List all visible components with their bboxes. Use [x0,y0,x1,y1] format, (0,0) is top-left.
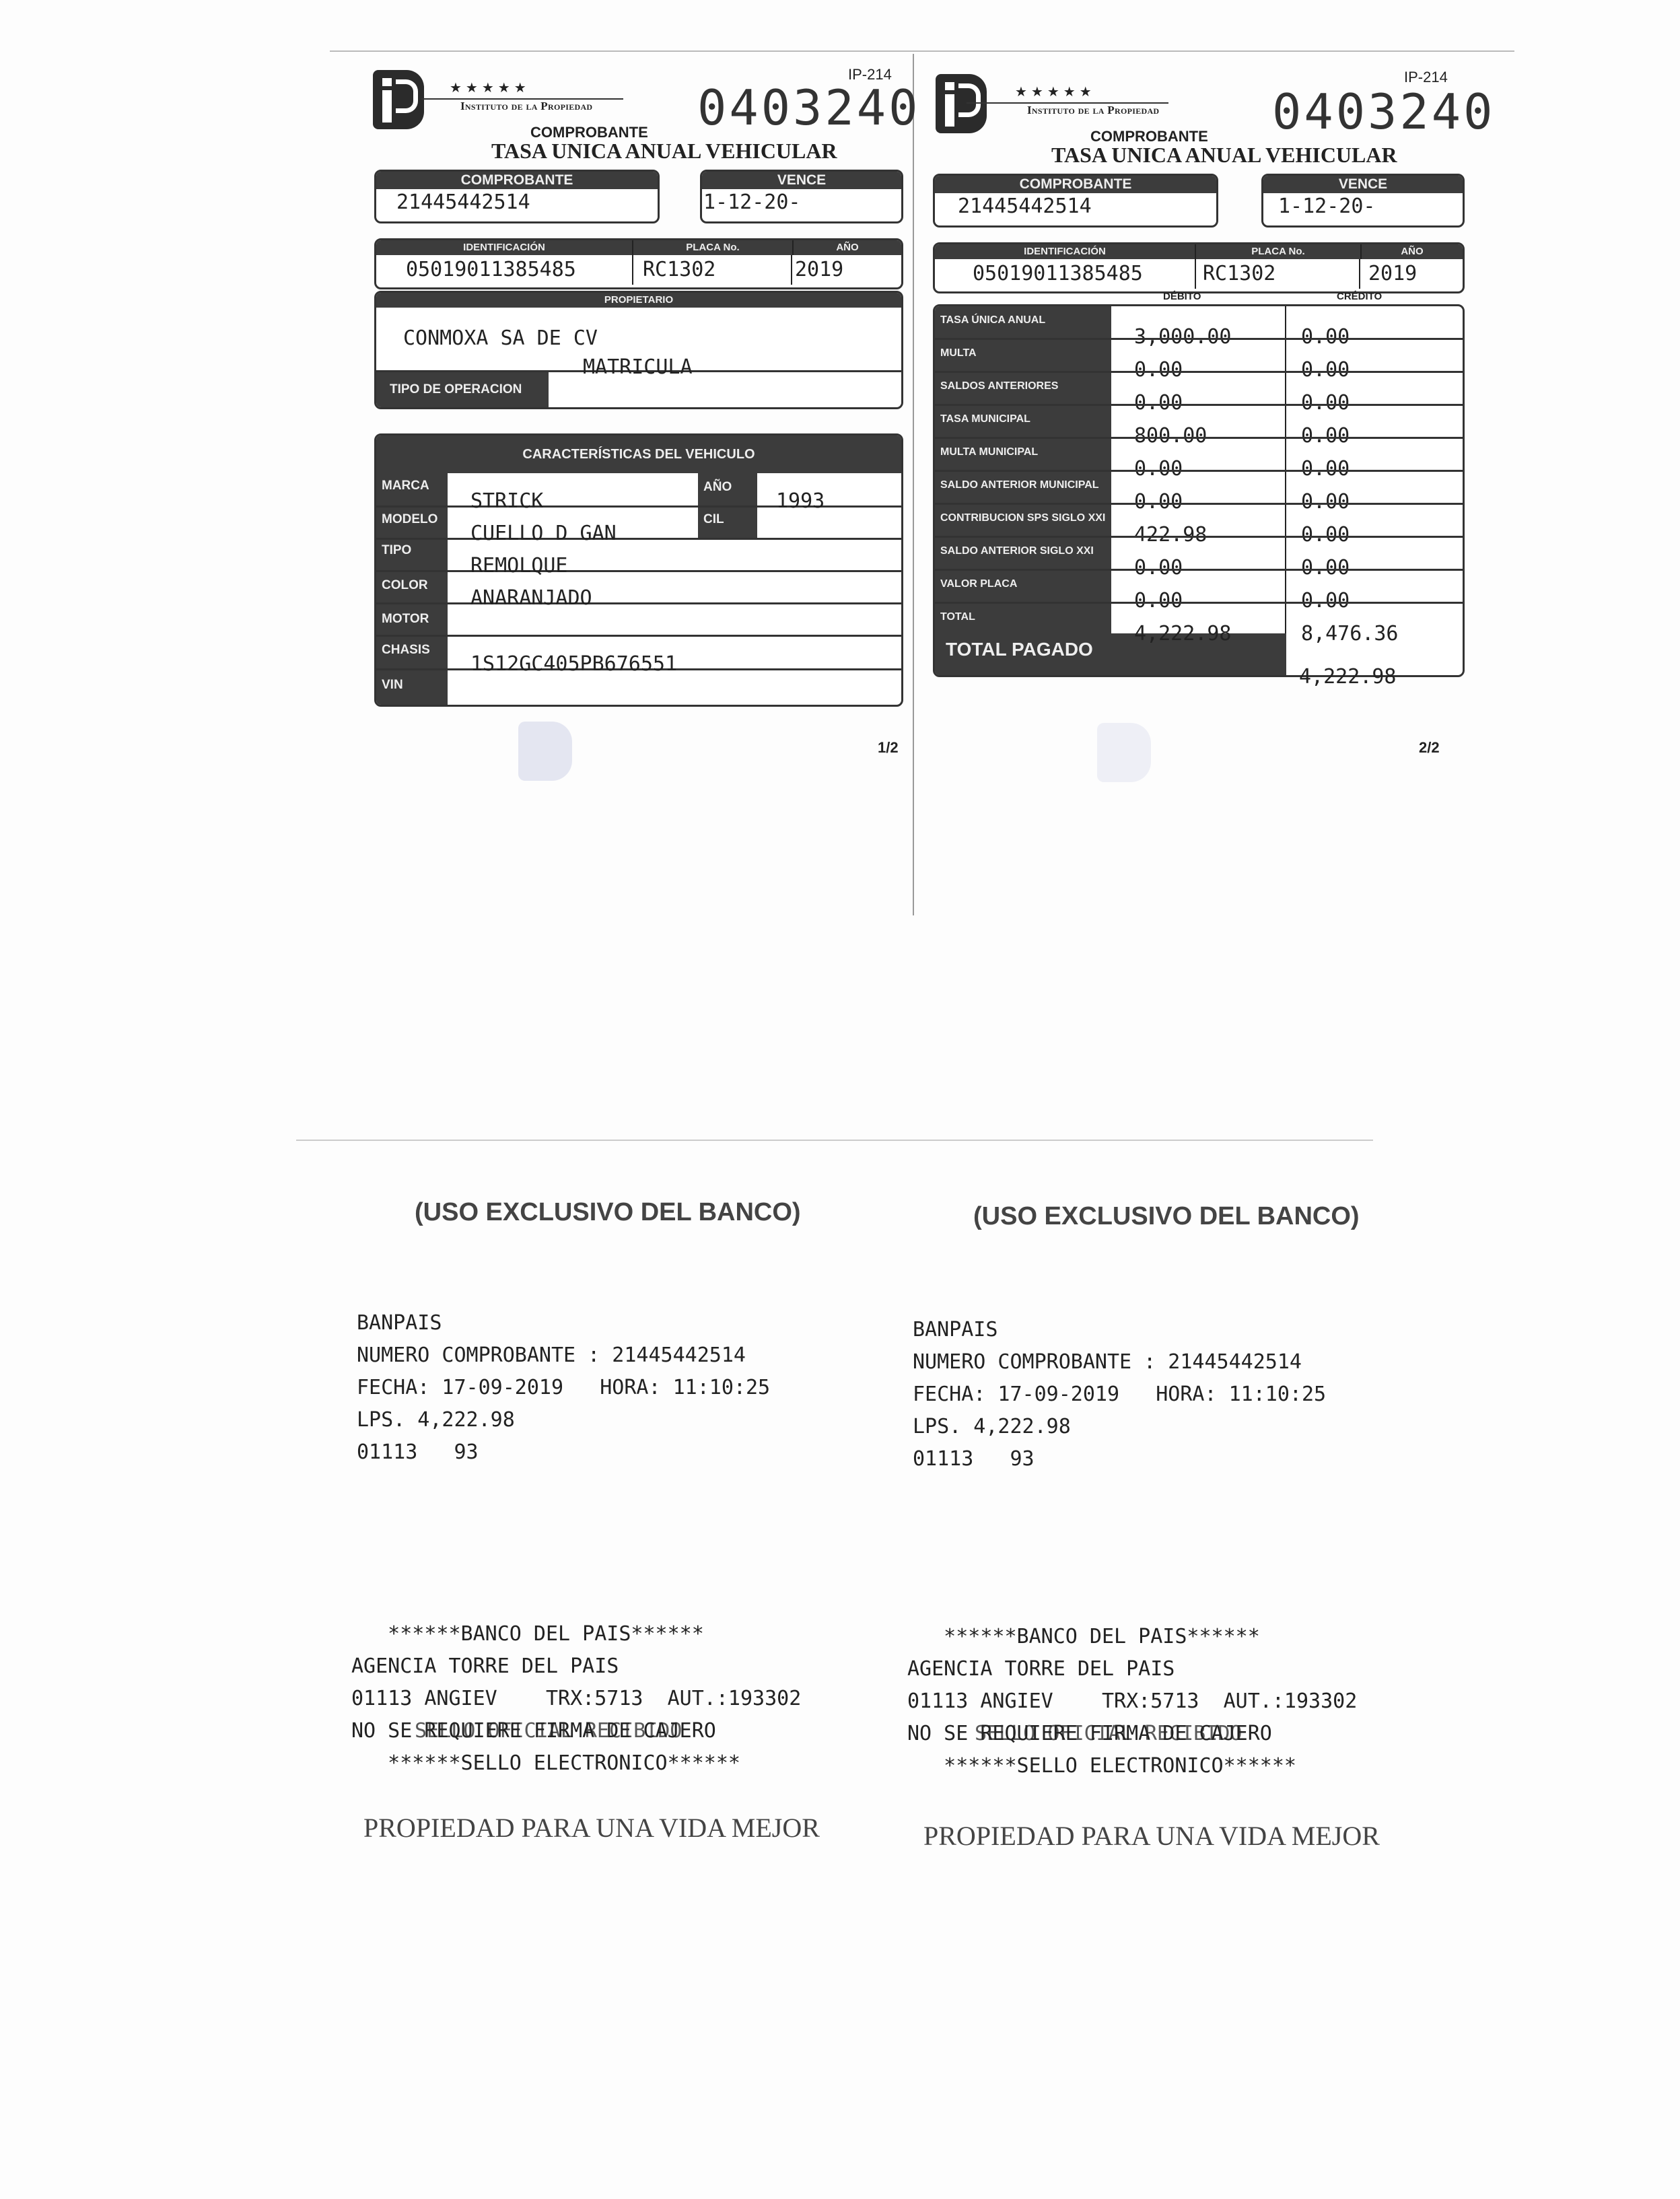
total-pagado-label: TOTAL PAGADO [946,639,1093,660]
ip-logo-icon [936,74,987,133]
bank-receipt: BANPAISNUMERO COMPROBANTE : 21445442514F… [357,1307,770,1469]
charge-label: CONTRIBUCION SPS SIGLO XXI [935,512,1105,524]
institution-name: Instituto de la Propiedad [460,100,592,113]
form-title: TASA UNICA ANUAL VEHICULAR [1051,143,1397,168]
comprobante-box: COMPROBANTE 21445442514 [933,174,1218,228]
charge-label: TASA MUNICIPAL [935,413,1030,425]
credito-value: 0.00 [1301,325,1350,349]
charge-label: MULTA MUNICIPAL [935,446,1038,458]
top-edge-line [330,50,1514,52]
institution-name: Instituto de la Propiedad [1027,104,1159,117]
debito-value: 800.00 [1134,424,1207,448]
charge-label: SALDOS ANTERIORES [935,380,1058,392]
credito-value: 0.00 [1301,358,1350,382]
debito-value: 422.98 [1134,523,1207,547]
slogan: PROPIEDAD PARA UNA VIDA MEJOR [923,1820,1380,1852]
credito-value: 0.00 [1301,556,1350,580]
credito-value: 8,476.36 [1301,622,1399,645]
bank-use-title: (USO EXCLUSIVO DEL BANCO) [415,1198,801,1227]
placa-value: RC1302 [632,255,791,285]
page-number: 1/2 [878,739,899,757]
credito-value: 0.00 [1301,589,1350,613]
credito-header: CRÉDITO [1337,291,1382,302]
identificacion-value: 05019011385485 [935,259,1195,289]
anio-value: 2019 [791,255,901,285]
bank-footer: ******BANCO DEL PAIS******AGENCIA TORRE … [907,1621,1357,1782]
propietario-value: CONMOXA SA DE CV [376,308,901,350]
credito-value: 0.00 [1301,424,1350,448]
bank-use-title: (USO EXCLUSIVO DEL BANCO) [973,1202,1360,1231]
comprobante-box: COMPROBANTE 21445442514 [374,170,660,223]
debito-value: 0.00 [1134,358,1183,382]
tipo-operacion-value: MATRICULA [583,355,693,379]
credito-value: 0.00 [1301,490,1350,514]
vence-value: 1-12-20- [702,189,901,216]
debito-value: 0.00 [1134,457,1183,481]
identificacion-box: IDENTIFICACIÓN PLACA No. AÑO 05019011385… [933,242,1465,293]
charge-label: SALDO ANTERIOR MUNICIPAL [935,479,1099,491]
placa-value: RC1302 [1195,259,1359,289]
identificacion-value: 05019011385485 [376,255,632,285]
credito-value: 0.00 [1301,523,1350,547]
bank-receipt: BANPAISNUMERO COMPROBANTE : 21445442514F… [913,1314,1326,1475]
charge-label: VALOR PLACA [935,578,1017,590]
debito-value: 0.00 [1134,391,1183,415]
vence-box: VENCE 1-12-20- [700,170,903,223]
stars-icon: ★★★★★ [1015,83,1096,100]
debito-header: DÉBITO [1163,291,1201,302]
bank-footer: ******BANCO DEL PAIS******AGENCIA TORRE … [351,1618,801,1780]
charge-label: SALDO ANTERIOR SIGLO XXI [935,545,1094,557]
perforation-line [913,54,914,915]
debito-value: 0.00 [1134,556,1183,580]
color-value: ANARANJADO [470,586,592,610]
cut-line [296,1140,1373,1141]
comprobante-value: 21445442514 [935,193,1216,220]
stars-icon: ★★★★★ [450,79,530,96]
credito-value: 0.00 [1301,391,1350,415]
debito-value: 4,222.98 [1134,622,1232,645]
vence-value: 1-12-20- [1263,193,1463,220]
debito-value: 3,000.00 [1134,325,1232,349]
vehicle-year-value: 1993 [776,489,825,513]
charge-label: TOTAL [935,611,975,623]
vence-box: VENCE 1-12-20- [1261,174,1465,228]
serial-number: 0403240 [697,79,920,136]
form-title: TASA UNICA ANUAL VEHICULAR [491,139,837,164]
stamp-logo-icon [1097,723,1151,782]
slogan: PROPIEDAD PARA UNA VIDA MEJOR [363,1812,820,1844]
total-pagado-value: 4,222.98 [1299,665,1397,689]
charge-label: MULTA [935,347,977,359]
credito-value: 0.00 [1301,457,1350,481]
overprint-text: SELLO OFICIAL RECIBIDO [975,1718,1242,1750]
anio-value: 2019 [1359,259,1463,289]
debito-value: 0.00 [1134,589,1183,613]
serial-number: 0403240 [1272,83,1495,140]
marca-value: STRICK [470,489,543,513]
overprint-text: SELLO OFICIAL RECIBIDO [415,1715,682,1747]
modelo-value: CUELLO D GAN [470,522,617,545]
vehicle-box: CARACTERÍSTICAS DEL VEHICULO MARCA MODEL… [374,433,903,707]
debito-value: 0.00 [1134,490,1183,514]
tipo-value: REMOLQUE [470,554,568,578]
page-number: 2/2 [1419,739,1440,757]
identificacion-box: IDENTIFICACIÓN PLACA No. AÑO 05019011385… [374,238,903,289]
ip-logo-icon [373,70,424,129]
comprobante-value: 21445442514 [376,189,658,216]
vin-value: 1S12GC405PB676551 [470,652,677,676]
charges-table: TASA ÚNICA ANUAL3,000.000.00MULTA0.000.0… [933,304,1465,677]
charge-label: TASA ÚNICA ANUAL [935,314,1045,326]
stamp-logo-icon [518,722,572,781]
